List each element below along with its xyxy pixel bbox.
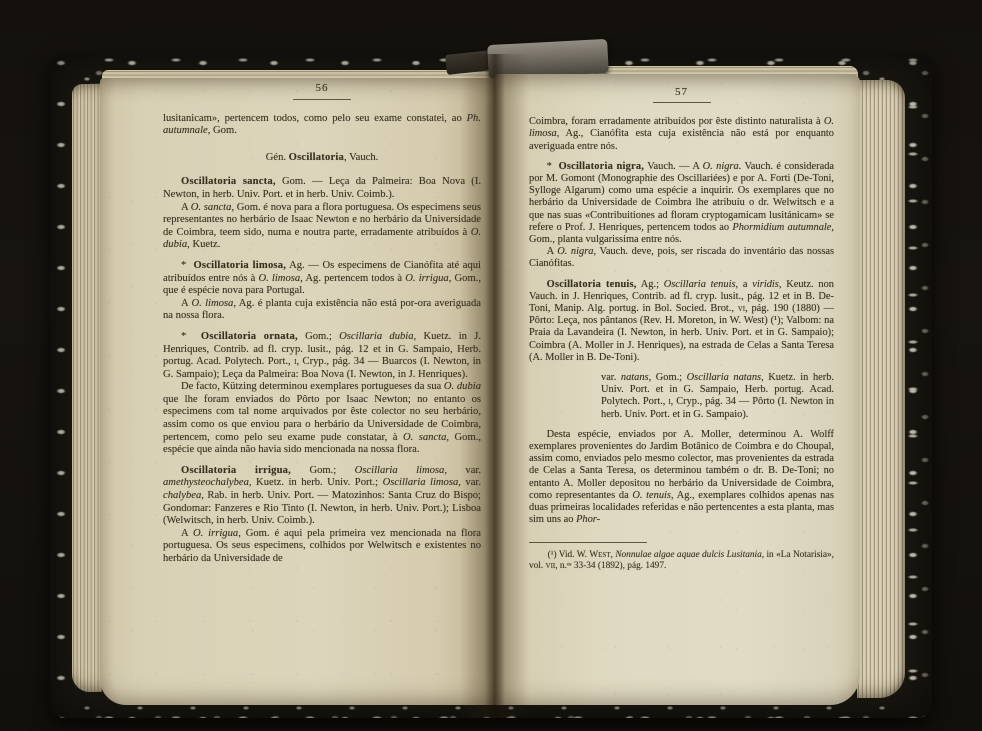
paragraph: Oscillatoria irrigua, Gom.; Oscillaria l… xyxy=(163,465,481,528)
text-segment: Gom.; xyxy=(291,465,355,476)
paragraph: lusitanicam», pertencem todos, como pelo… xyxy=(163,113,481,138)
text-segment: Coimbra, foram erradamente atribuídos po… xyxy=(529,116,824,127)
right-page-text: 57 Coimbra, foram erradamente atribuídos… xyxy=(529,86,834,572)
text-segment: Gén. xyxy=(266,152,289,163)
text-segment: West xyxy=(589,550,610,560)
text-segment: A xyxy=(181,528,193,539)
text-segment: * xyxy=(181,331,201,342)
paragraph: Gén. Oscillatoria, Vauch. xyxy=(163,152,481,165)
book-photo: 56 lusitanicam», pertencem todos, como p… xyxy=(0,0,982,731)
page-edges-right xyxy=(857,80,905,698)
text-segment: O. tenuis xyxy=(632,490,671,501)
text-segment: Gom.; xyxy=(298,331,339,342)
paragraph: A O. irrigua, Gom. é aqui pela primeira … xyxy=(163,528,481,566)
paragraph: A O. nigra, Vauch. deve, pois, ser risca… xyxy=(529,246,834,270)
text-segment: Oscillaria natans xyxy=(687,372,761,383)
text-segment: Vauch. — A xyxy=(644,161,703,172)
page-edges-left xyxy=(72,84,102,693)
left-page-paragraphs: lusitanicam», pertencem todos, como pelo… xyxy=(163,113,481,566)
text-segment: O. dubia xyxy=(444,381,481,392)
left-page-text: 56 lusitanicam», pertencem todos, como p… xyxy=(163,82,481,566)
paragraph: A O. sancta, Gom. é nova para a flora po… xyxy=(163,202,481,252)
paragraph: Desta espécie, enviados por A. Moller, d… xyxy=(529,429,834,527)
text-segment: , Ag. pertencem todos à xyxy=(300,273,405,284)
text-segment: A xyxy=(181,202,191,213)
text-segment: O. nigra xyxy=(703,161,739,172)
text-segment: O. irrigua xyxy=(405,273,448,284)
text-segment: , Vauch. xyxy=(344,152,378,163)
paragraph: A O. limosa, Ag. é planta cuja existênci… xyxy=(163,298,481,323)
text-segment: , var. xyxy=(444,465,481,476)
text-segment: Oscillatoria irrigua, xyxy=(181,465,291,476)
text-segment: Oscillaria limosa xyxy=(383,477,459,488)
text-segment: amethysteochalybea xyxy=(163,477,249,488)
text-segment: O. nigra xyxy=(557,246,593,257)
text-segment: , Kuetz. xyxy=(187,239,220,250)
paragraph: * Oscillatoria ornata, Gom.; Oscillaria … xyxy=(163,331,481,381)
footnote-rule xyxy=(529,542,647,543)
text-segment: (¹) Vid. W. xyxy=(548,550,590,560)
page-number-rule xyxy=(293,99,351,100)
text-segment: A xyxy=(547,246,558,257)
paragraph: De facto, Kützing determinou exemplares … xyxy=(163,381,481,457)
text-segment: De facto, Kützing determinou exemplares … xyxy=(181,381,444,392)
text-segment: Phor- xyxy=(576,514,600,525)
text-segment: O. limosa xyxy=(258,273,300,284)
text-segment: natans xyxy=(621,372,649,383)
text-segment: Oscillatoria ornata, xyxy=(201,331,298,342)
text-segment: , Gom. xyxy=(208,125,237,136)
paragraph: Oscillatoria tenuis, Ag.; Oscillaria ten… xyxy=(529,279,834,364)
text-segment: Ag.; xyxy=(637,279,664,290)
footnote: (¹) Vid. W. West, Nonnulae algae aquae d… xyxy=(529,542,834,572)
text-segment: Phormidium autumnale xyxy=(732,222,831,233)
page-number-right: 57 xyxy=(529,86,834,103)
text-segment: A xyxy=(181,298,191,309)
text-segment: O. limosa xyxy=(191,298,233,309)
text-segment: , Ag., Cianófita esta cuja existência nã… xyxy=(529,128,834,151)
text-segment: O. irrigua xyxy=(193,528,238,539)
page-number-label: 57 xyxy=(675,86,688,98)
text-segment: , Kuetz. in herb. Univ. Port.; xyxy=(249,477,383,488)
text-segment: O. sancta xyxy=(191,202,232,213)
footnote-text: (¹) Vid. W. West, Nonnulae algae aquae d… xyxy=(529,550,834,572)
text-segment: , a xyxy=(736,279,753,290)
text-segment: , Gom.; xyxy=(649,372,687,383)
text-segment: Oscillatoria nigra, xyxy=(559,161,644,172)
text-segment: chalybea xyxy=(163,490,201,501)
text-segment: , var. xyxy=(458,477,481,488)
text-segment: * xyxy=(181,260,193,271)
text-segment: , n.ᵒˢ 33-34 (1892), pág. 1497. xyxy=(555,561,666,571)
text-segment: viridis xyxy=(752,279,779,290)
text-segment: * xyxy=(547,161,559,172)
text-segment: O. sancta xyxy=(403,432,446,443)
paragraph: Coimbra, foram erradamente atribuídos po… xyxy=(529,116,834,153)
text-segment: Oscillaria limosa xyxy=(355,465,445,476)
text-segment: Oscillatoria limosa, xyxy=(193,260,286,271)
text-segment: var. xyxy=(601,372,621,383)
text-segment: , Rab. in herb. Univ. Port. — Matozinhos… xyxy=(163,490,481,526)
text-segment: Oscillaria dubia xyxy=(339,331,413,342)
page-number-left: 56 xyxy=(163,82,481,100)
text-segment: Oscillaria tenuis xyxy=(664,279,736,290)
paragraph: var. natans, Gom.; Oscillaria natans, Ku… xyxy=(601,372,834,421)
text-segment: lusitanicam», pertencem todos, como pelo… xyxy=(163,113,467,124)
paragraph: Oscillatoria sancta, Gom. — Leça da Palm… xyxy=(163,176,481,201)
paragraph: * Oscillatoria nigra, Vauch. — A O. nigr… xyxy=(529,161,834,246)
page-number-rule xyxy=(653,102,711,103)
right-page-paragraphs: Coimbra, foram erradamente atribuídos po… xyxy=(529,116,834,526)
text-segment: Oscillatoria sancta, xyxy=(181,176,276,187)
page-number-label: 56 xyxy=(316,82,329,95)
text-segment: Nonnulae algae aquae dulcis Lusitania xyxy=(615,550,761,560)
text-segment: Oscillatoria tenuis, xyxy=(547,279,637,290)
paragraph: * Oscillatoria limosa, Ag. — Os especime… xyxy=(163,260,481,298)
text-segment: Oscillatoria xyxy=(289,152,344,163)
text-segment: vii xyxy=(546,561,556,571)
